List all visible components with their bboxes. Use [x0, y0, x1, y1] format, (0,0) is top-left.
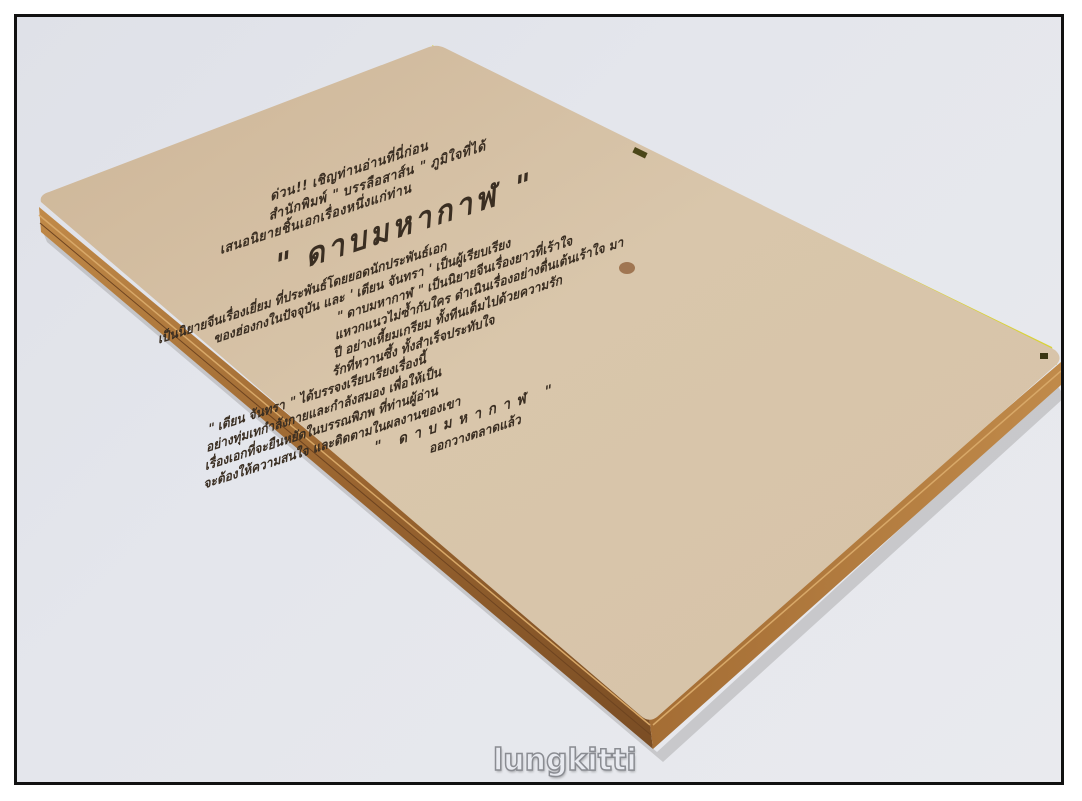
photo-frame: ด่วน!! เชิญท่านอ่านที่นี่ก่อน สำนักพิมพ์…	[14, 14, 1064, 785]
book: ด่วน!! เชิญท่านอ่านที่นี่ก่อน สำนักพิมพ์…	[17, 17, 1061, 782]
watermark: lungkitti	[493, 743, 637, 778]
